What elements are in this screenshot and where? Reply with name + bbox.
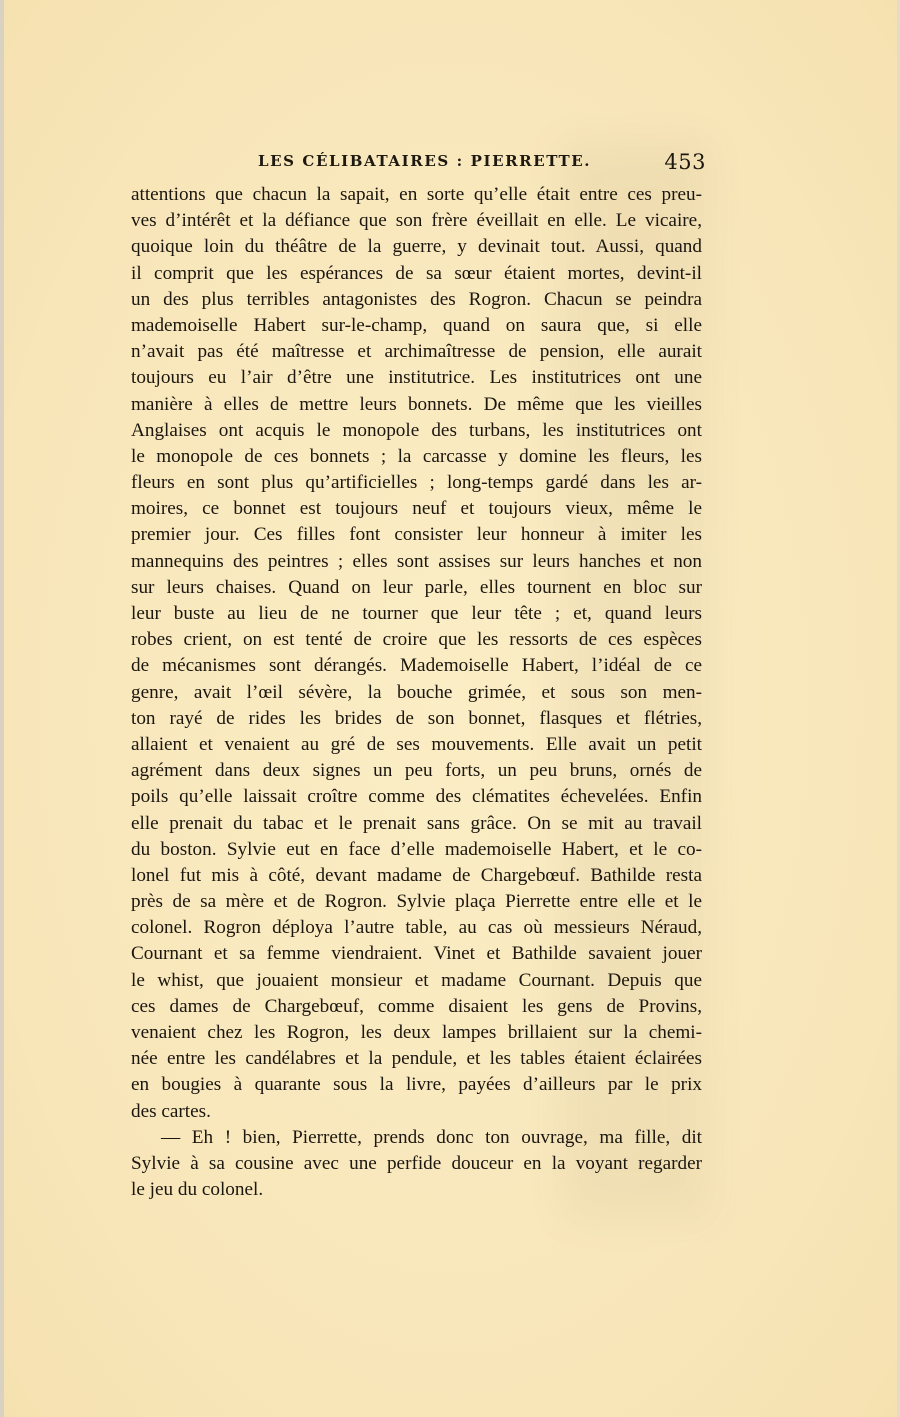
- text-line: — Eh ! bien, Pierrette, prends donc ton …: [131, 1125, 702, 1151]
- text-line: manière à elles de mettre leurs bonnets.…: [131, 392, 702, 418]
- text-line: Anglaises ont acquis le monopole des tur…: [131, 418, 702, 444]
- text-line: allaient et venaient au gré de ses mouve…: [131, 732, 702, 758]
- text-line: il comprit que les espérances de sa sœur…: [131, 261, 702, 287]
- text-line: née entre les candélabres et la pendule,…: [131, 1046, 702, 1072]
- text-line: ton rayé de rides les brides de son bonn…: [131, 706, 702, 732]
- book-page: LES CÉLIBATAIRES : PIERRETTE. 453 attent…: [0, 0, 900, 1417]
- paragraph-1: attentions que chacun la sapait, en sort…: [131, 182, 702, 1125]
- text-line: premier jour. Ces filles font consister …: [131, 522, 702, 548]
- text-line: poils qu’elle laissait croître comme des…: [131, 784, 702, 810]
- text-line: mademoiselle Habert sur-le-champ, quand …: [131, 313, 702, 339]
- paragraph-2-dialogue: — Eh ! bien, Pierrette, prends donc ton …: [131, 1125, 702, 1204]
- text-line: le monopole de ces bonnets ; la carcasse…: [131, 444, 702, 470]
- text-line: attentions que chacun la sapait, en sort…: [131, 182, 702, 208]
- text-line: toujours eu l’air d’être une institutric…: [131, 365, 702, 391]
- text-line: leur buste au lieu de ne tourner que leu…: [131, 601, 702, 627]
- text-line: colonel. Rogron déploya l’autre table, a…: [131, 915, 702, 941]
- text-line: robes crient, on est tenté de croire que…: [131, 627, 702, 653]
- page-number: 453: [664, 150, 706, 174]
- text-line: le whist, que jouaient monsieur et madam…: [131, 968, 702, 994]
- text-line: de mécanismes sont dérangés. Mademoisell…: [131, 653, 702, 679]
- text-line: agrément dans deux signes un peu forts, …: [131, 758, 702, 784]
- text-line: en bougies à quarante sous la livre, pay…: [131, 1072, 702, 1098]
- text-line: venaient chez les Rogron, les deux lampe…: [131, 1020, 702, 1046]
- text-line: du boston. Sylvie eut en face d’elle mad…: [131, 837, 702, 863]
- page-left-edge: [0, 0, 4, 1417]
- text-line: le jeu du colonel.: [131, 1177, 702, 1203]
- text-line: elle prenait du tabac et le prenait sans…: [131, 811, 702, 837]
- text-line: fleurs en sont plus qu’artificielles ; l…: [131, 470, 702, 496]
- running-title: LES CÉLIBATAIRES : PIERRETTE.: [258, 152, 591, 170]
- text-line: quoique loin du théâtre de la guerre, y …: [131, 234, 702, 260]
- text-line: genre, avait l’œil sévère, la bouche gri…: [131, 680, 702, 706]
- text-line: sur leurs chaises. Quand on leur parle, …: [131, 575, 702, 601]
- text-line: Sylvie à sa cousine avec une perfide dou…: [131, 1151, 702, 1177]
- text-line: un des plus terribles antagonistes des R…: [131, 287, 702, 313]
- body-text: attentions que chacun la sapait, en sort…: [131, 182, 702, 1203]
- text-line: Cournant et sa femme viendraient. Vinet …: [131, 941, 702, 967]
- text-line: lonel fut mis à côté, devant madame de C…: [131, 863, 702, 889]
- text-line: n’avait pas été maîtresse et archimaître…: [131, 339, 702, 365]
- text-line: ces dames de Chargebœuf, comme disaient …: [131, 994, 702, 1020]
- running-head: LES CÉLIBATAIRES : PIERRETTE. 453: [258, 150, 706, 176]
- text-line: moires, ce bonnet est toujours neuf et t…: [131, 496, 702, 522]
- text-line: ves d’intérêt et la défiance que son frè…: [131, 208, 702, 234]
- text-line: près de sa mère et de Rogron. Sylvie pla…: [131, 889, 702, 915]
- text-line: mannequins des peintres ; elles sont ass…: [131, 549, 702, 575]
- text-line: des cartes.: [131, 1099, 702, 1125]
